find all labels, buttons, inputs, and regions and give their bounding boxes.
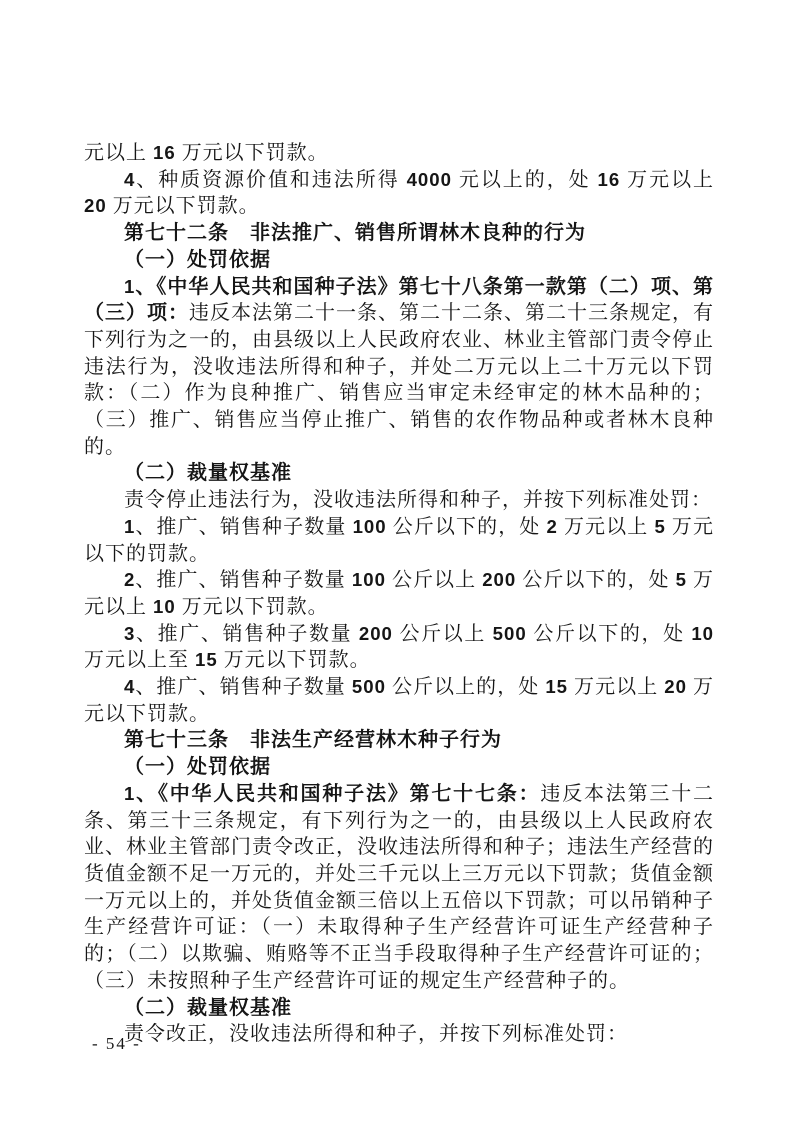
text-run: 4、种质资源价值和违法所得 4000 元以上的，处 16 万元以上 20 万元以… <box>84 169 714 218</box>
paragraph: 1、《中华人民共和国种子法》第七十八条第一款第（二）项、第（三）项：违反本法第二… <box>84 274 714 461</box>
bold-text-run: 1、《中华人民共和国种子法》第七十七条： <box>124 783 540 805</box>
numeral: 10 <box>153 596 176 617</box>
text-run: 2、推广、销售种子数量 100 公斤以上 200 公斤以下的，处 5 万元以上 … <box>84 569 714 618</box>
numeral: 4000 <box>407 169 452 190</box>
numeral: 5 <box>654 516 665 537</box>
numeral: 3 <box>124 623 135 644</box>
page-number: - 54 - <box>92 1034 141 1054</box>
text-run: 元以上 16 万元以下罚款。 <box>84 142 329 164</box>
numeral: 5 <box>676 569 687 590</box>
text-run: 4、推广、销售种子数量 500 公斤以上的，处 15 万元以上 20 万元以下罚… <box>84 676 714 725</box>
numeral: 16 <box>153 142 176 163</box>
numeral: 2 <box>547 516 558 537</box>
numeral: 500 <box>352 676 386 697</box>
numeral: 100 <box>353 516 387 537</box>
numeral: 100 <box>352 569 386 590</box>
section-heading: 第七十三条 非法生产经营林木种子行为 <box>84 727 714 754</box>
bold-text-run: 第七十三条 非法生产经营林木种子行为 <box>124 729 502 751</box>
bold-text-run: 第七十二条 非法推广、销售所谓林木良种的行为 <box>124 222 586 244</box>
numeral: 200 <box>359 623 393 644</box>
numeral: 15 <box>195 649 218 670</box>
paragraph-continuation: 元以上 16 万元以下罚款。 <box>84 140 714 167</box>
bold-text-run: （二）裁量权基准 <box>124 462 292 484</box>
paragraph: 4、种质资源价值和违法所得 4000 元以上的，处 16 万元以上 20 万元以… <box>84 167 714 220</box>
bold-text-run: （二）裁量权基准 <box>124 997 292 1019</box>
numeral: 4 <box>124 169 135 190</box>
paragraph: 2、推广、销售种子数量 100 公斤以上 200 公斤以下的，处 5 万元以上 … <box>84 567 714 620</box>
text-run: 责令改正，没收违法所得和种子，并按下列标准处罚： <box>124 1023 628 1045</box>
paragraph: 4、推广、销售种子数量 500 公斤以上的，处 15 万元以上 20 万元以下罚… <box>84 674 714 727</box>
paragraph: 责令停止违法行为，没收违法所得和种子，并按下列标准处罚： <box>84 487 714 514</box>
paragraph: 3、推广、销售种子数量 200 公斤以上 500 公斤以下的，处 10 万元以上… <box>84 621 714 674</box>
numeral: 10 <box>691 623 714 644</box>
paragraph: 责令改正，没收违法所得和种子，并按下列标准处罚： <box>84 1021 714 1048</box>
numeral: 200 <box>482 569 516 590</box>
section-heading: （一）处罚依据 <box>84 754 714 781</box>
section-heading: 第七十二条 非法推广、销售所谓林木良种的行为 <box>84 220 714 247</box>
numeral: 16 <box>598 169 621 190</box>
text-run: 责令停止违法行为，没收违法所得和种子，并按下列标准处罚： <box>124 489 712 511</box>
numeral: 500 <box>493 623 527 644</box>
text-run: 3、推广、销售种子数量 200 公斤以上 500 公斤以下的，处 10 万元以上… <box>84 623 714 672</box>
paragraph: 1、推广、销售种子数量 100 公斤以下的，处 2 万元以上 5 万元以下的罚款… <box>84 514 714 567</box>
numeral: 4 <box>124 676 135 697</box>
numeral: 2 <box>124 569 135 590</box>
section-heading: （二）裁量权基准 <box>84 460 714 487</box>
text-run: 违反本法第二十一条、第二十二条、第二十三条规定，有下列行为之一的，由县级以上人民… <box>84 302 714 458</box>
section-heading: （二）裁量权基准 <box>84 995 714 1022</box>
numeral: 15 <box>545 676 568 697</box>
numeral: 1 <box>124 783 135 804</box>
paragraph: 1、《中华人民共和国种子法》第七十七条：违反本法第三十二条、第三十三条规定，有下… <box>84 781 714 995</box>
bold-text-run: （一）处罚依据 <box>124 756 271 778</box>
text-run: 违反本法第三十二条、第三十三条规定，有下列行为之一的，由县级以上人民政府农业、林… <box>84 783 714 992</box>
bold-text-run: （一）处罚依据 <box>124 249 271 271</box>
numeral: 1 <box>124 516 135 537</box>
numeral: 20 <box>84 195 107 216</box>
numeral: 1 <box>124 276 135 297</box>
numeral: 20 <box>664 676 687 697</box>
document-body: 元以上 16 万元以下罚款。4、种质资源价值和违法所得 4000 元以上的，处 … <box>84 140 714 1048</box>
document-page: 元以上 16 万元以下罚款。4、种质资源价值和违法所得 4000 元以上的，处 … <box>0 0 793 1122</box>
text-run: 1、推广、销售种子数量 100 公斤以下的，处 2 万元以上 5 万元以下的罚款… <box>84 516 714 565</box>
section-heading: （一）处罚依据 <box>84 247 714 274</box>
